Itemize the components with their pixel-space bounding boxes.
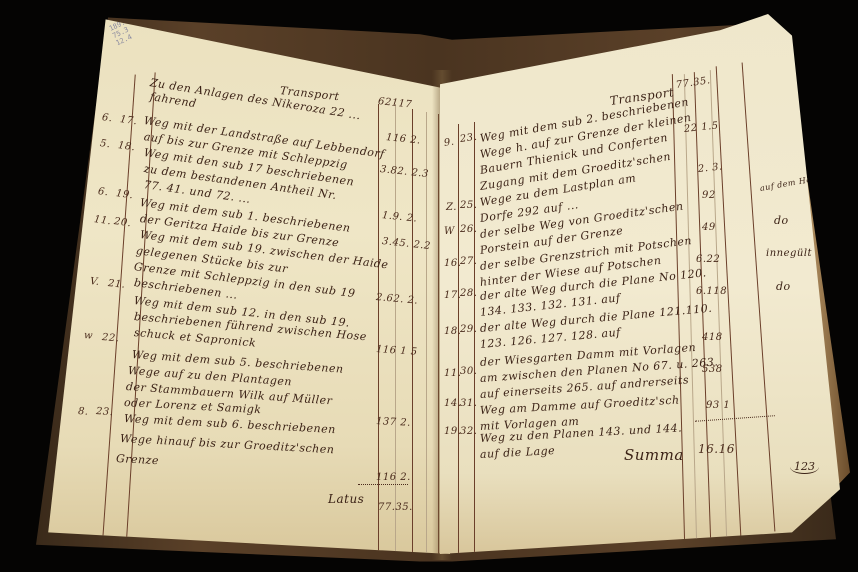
subtotal-rule bbox=[358, 484, 408, 486]
right-page: Transport 77.35. 9. 23. Weg mit dem sub … bbox=[440, 14, 840, 554]
left-page: 189.5 75.3 12.4 Zu den Anlagen des Niker… bbox=[40, 14, 450, 554]
carry-value: 77.35. bbox=[675, 75, 711, 91]
ledger-book: 189.5 75.3 12.4 Zu den Anlagen des Niker… bbox=[0, 0, 858, 572]
carry-value: 62117 bbox=[377, 96, 412, 111]
amount-column-rule bbox=[710, 70, 727, 540]
margin-rule bbox=[474, 122, 475, 554]
margin-rule bbox=[458, 124, 459, 554]
latus-value: 77.35. bbox=[378, 502, 413, 513]
subtotal-value: 116 2. bbox=[376, 472, 411, 483]
summa-label: Summa bbox=[624, 446, 684, 464]
remark-column-rule bbox=[742, 63, 776, 532]
latus-label: Latus bbox=[328, 492, 364, 506]
page-number: 123 bbox=[790, 460, 819, 474]
amount-column-rule bbox=[716, 66, 742, 535]
summa-value: 16.16 bbox=[698, 442, 735, 456]
